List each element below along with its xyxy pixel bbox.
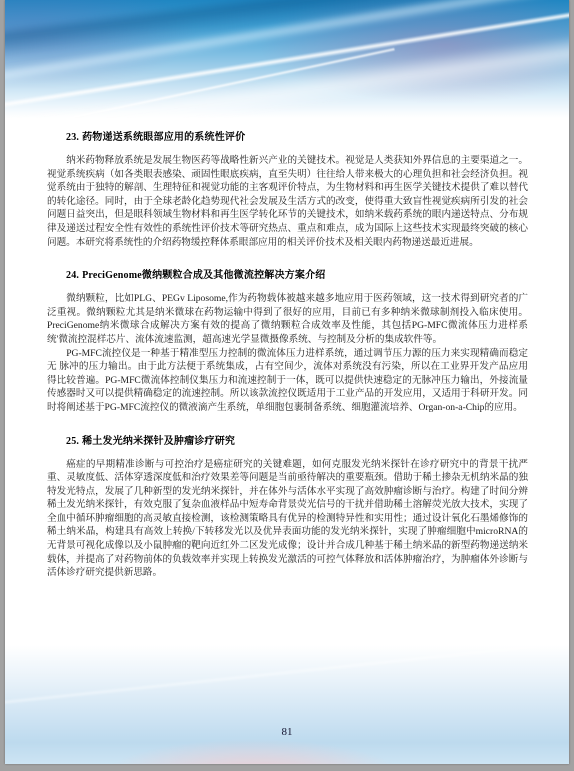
section-heading: 23.药物递送系统眼部应用的系统性评价 xyxy=(66,128,528,143)
section-paragraph: PG-MFC流控仪是一种基于精准型压力控制的微流体压力进样系统，通过调节压力源的… xyxy=(47,347,528,415)
section-title: 药物递送系统眼部应用的系统性评价 xyxy=(82,132,245,143)
header-soft-band xyxy=(5,0,569,96)
section-24: 24.PreciGenome微纳颗粒合成及其他微流控解决方案介绍 微纳颗粒，比如… xyxy=(47,266,528,414)
document-page: 23.药物递送系统眼部应用的系统性评价 纳米药物释放系统是发展生物医药等战略性新… xyxy=(5,0,569,764)
section-heading: 24.PreciGenome微纳颗粒合成及其他微流控解决方案介绍 xyxy=(66,266,528,281)
header-light-band xyxy=(5,17,569,118)
section-23: 23.药物递送系统眼部应用的系统性评价 纳米药物释放系统是发展生物医药等战略性新… xyxy=(47,128,528,249)
section-title: 稀土发光纳米探针及肿瘤诊疗研究 xyxy=(82,436,235,447)
section-25: 25.稀土发光纳米探针及肿瘤诊疗研究 癌症的早期精准诊断与可控治疗是癌症研究的关… xyxy=(47,432,528,580)
header-white-streak xyxy=(5,0,569,118)
section-paragraph: 微纳颗粒，比如PLG、PEGv Liposome,作为药物载体被越来越多地应用于… xyxy=(47,292,528,346)
header-decoration xyxy=(5,0,569,118)
page-content: 23.药物递送系统眼部应用的系统性评价 纳米药物释放系统是发展生物医药等战略性新… xyxy=(5,118,569,645)
header-dark-band xyxy=(5,0,569,68)
page-number: 81 xyxy=(5,726,569,738)
section-heading: 25.稀土发光纳米探针及肿瘤诊疗研究 xyxy=(66,432,528,447)
header-thin-streak xyxy=(5,47,395,118)
section-paragraph: 纳米药物释放系统是发展生物医药等战略性新兴产业的关键技术。视觉是人类获知外界信息… xyxy=(47,154,528,249)
section-number: 24. xyxy=(66,270,79,281)
section-paragraph: 癌症的早期精准诊断与可控治疗是癌症研究的关键难题，如何克服发光纳米探针在诊疗研究… xyxy=(47,458,528,580)
section-title: PreciGenome微纳颗粒合成及其他微流控解决方案介绍 xyxy=(82,270,325,281)
footer-decoration: 81 xyxy=(5,645,569,764)
footer-white-streak xyxy=(5,645,569,709)
section-number: 25. xyxy=(66,436,79,447)
section-number: 23. xyxy=(66,132,79,143)
